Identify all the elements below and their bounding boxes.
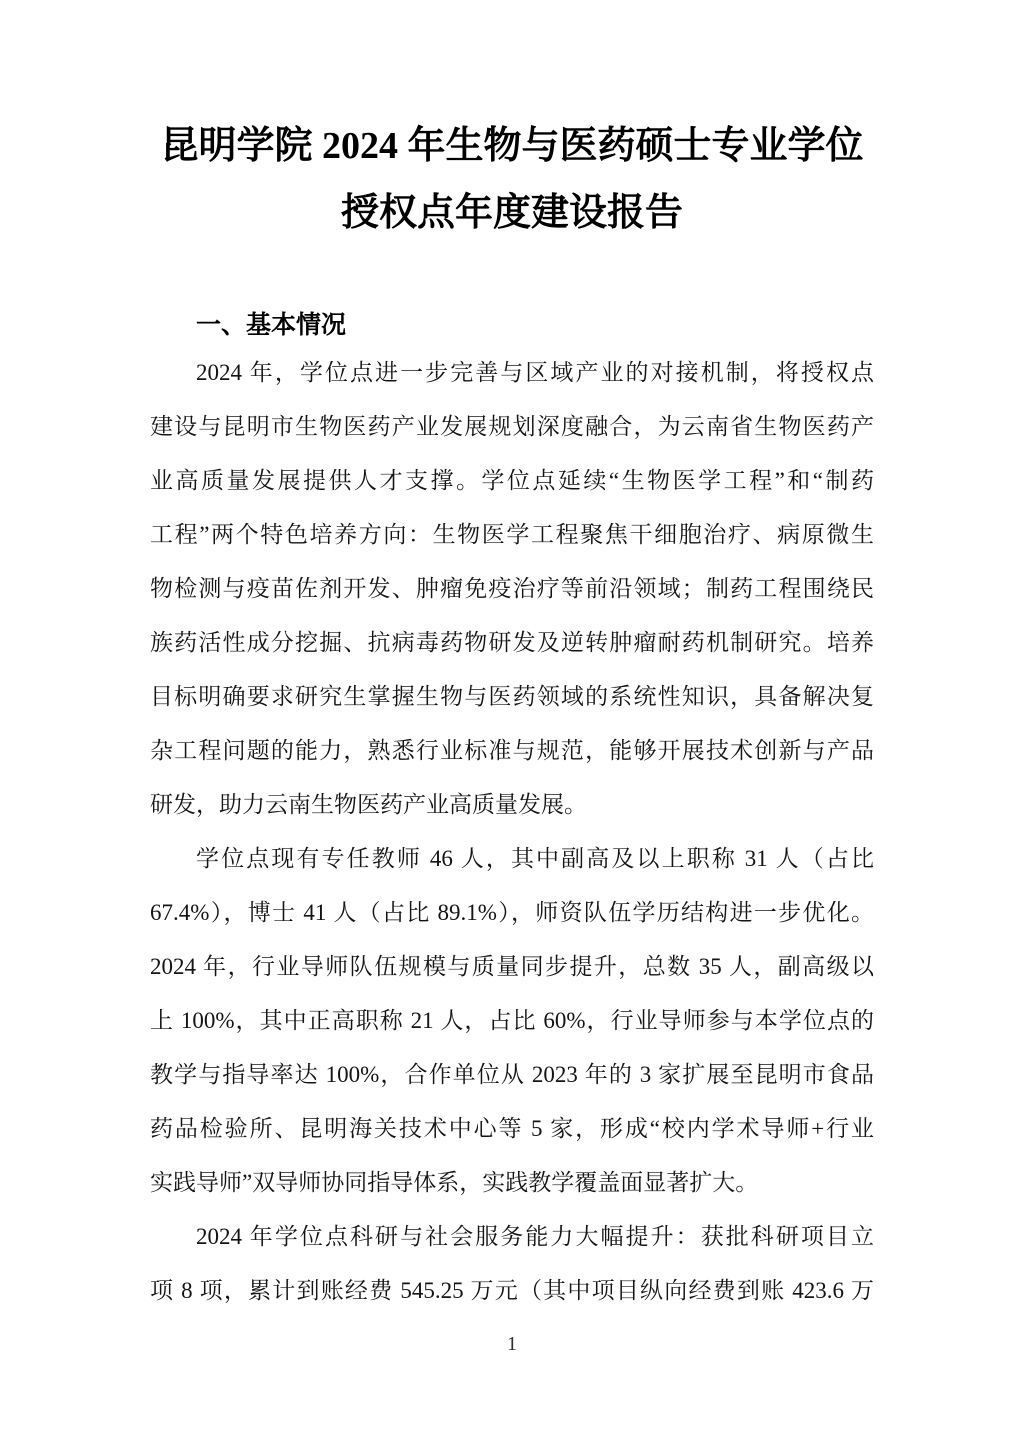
document-title: 昆明学院 2024 年生物与医药硕士专业学位 授权点年度建设报告 [150, 113, 874, 247]
paragraph-line: 族药活性成分挖掘、抗病毒药物研发及逆转肿瘤耐药机制研究。培养 [150, 616, 874, 670]
paragraph-line: 物检测与疫苗佐剂开发、肿瘤免疫治疗等前沿领域；制药工程围绕民 [150, 562, 874, 616]
section-heading: 一、基本情况 [150, 312, 874, 338]
paragraph-2: 学位点现有专任教师 46 人，其中副高及以上职称 31 人（占比 67.4%），… [150, 832, 874, 1210]
paragraph-line: 实践导师”双导师协同指导体系，实践教学覆盖面显著扩大。 [150, 1156, 874, 1210]
paragraph-line: 项 8 项，累计到账经费 545.25 万元（其中项目纵向经费到账 423.6 … [150, 1264, 874, 1318]
document-body: 2024 年，学位点进一步完善与区域产业的对接机制，将授权点 建设与昆明市生物医… [150, 346, 874, 1318]
paragraph-line: 2024 年学位点科研与社会服务能力大幅提升：获批科研项目立 [150, 1210, 874, 1264]
paragraph-line: 杂工程问题的能力，熟悉行业标准与规范，能够开展技术创新与产品 [150, 724, 874, 778]
document-page: 昆明学院 2024 年生物与医药硕士专业学位 授权点年度建设报告 一、基本情况 … [0, 0, 1024, 1448]
paragraph-line: 上 100%，其中正高职称 21 人，占比 60%，行业导师参与本学位点的 [150, 994, 874, 1048]
document-title-line2: 授权点年度建设报告 [150, 180, 874, 247]
paragraph-line: 工程”两个特色培养方向：生物医学工程聚焦干细胞治疗、病原微生 [150, 508, 874, 562]
paragraph-line: 业高质量发展提供人才支撑。学位点延续“生物医学工程”和“制药 [150, 454, 874, 508]
paragraph-line: 研发，助力云南生物医药产业高质量发展。 [150, 778, 874, 832]
page-number: 1 [0, 1332, 1024, 1356]
paragraph-line: 目标明确要求研究生掌握生物与医药领域的系统性知识，具备解决复 [150, 670, 874, 724]
paragraph-line: 建设与昆明市生物医药产业发展规划深度融合，为云南省生物医药产 [150, 400, 874, 454]
paragraph-line: 2024 年，学位点进一步完善与区域产业的对接机制，将授权点 [150, 346, 874, 400]
paragraph-line: 学位点现有专任教师 46 人，其中副高及以上职称 31 人（占比 [150, 832, 874, 886]
paragraph-3: 2024 年学位点科研与社会服务能力大幅提升：获批科研项目立 项 8 项，累计到… [150, 1210, 874, 1318]
paragraph-line: 教学与指导率达 100%，合作单位从 2023 年的 3 家扩展至昆明市食品 [150, 1048, 874, 1102]
paragraph-line: 药品检验所、昆明海关技术中心等 5 家，形成“校内学术导师+行业 [150, 1102, 874, 1156]
paragraph-line: 67.4%），博士 41 人（占比 89.1%），师资队伍学历结构进一步优化。 [150, 886, 874, 940]
paragraph-1: 2024 年，学位点进一步完善与区域产业的对接机制，将授权点 建设与昆明市生物医… [150, 346, 874, 832]
document-title-line1: 昆明学院 2024 年生物与医药硕士专业学位 [150, 113, 874, 180]
paragraph-line: 2024 年，行业导师队伍规模与质量同步提升，总数 35 人，副高级以 [150, 940, 874, 994]
